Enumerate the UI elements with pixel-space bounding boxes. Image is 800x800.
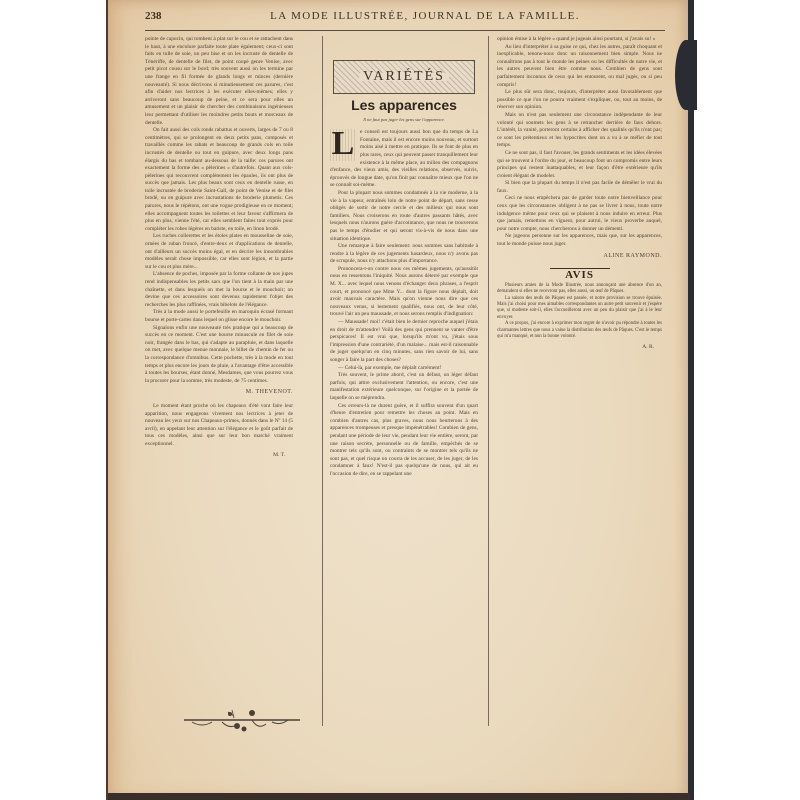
editorial-note: Le moment étant proche où les chapeaux d… <box>145 403 293 449</box>
section-banner: VARIÉTÉS <box>333 60 475 94</box>
paragraph: Ce ne sont pas, il faut l'avouer, les gr… <box>497 150 662 180</box>
author-signature: M. THEVENOT. <box>145 389 293 397</box>
section-banner-label: VARIÉTÉS <box>359 73 449 81</box>
paragraph: Ne jugeons personne sur les apparences, … <box>497 233 662 248</box>
running-head: LA MODE ILLUSTRÉE, JOURNAL DE LA FAMILLE… <box>185 10 665 22</box>
column-divider <box>488 36 489 726</box>
page-number: 238 <box>145 10 185 22</box>
note-signature: M. T. <box>145 452 285 460</box>
paragraph: opinion émise à la légère « quand je jug… <box>497 36 662 44</box>
paragraph: Le plus sûr sera donc, toujours, d'inter… <box>497 89 662 112</box>
avis-notice: Plusieurs amies de la Mode Illustrée, no… <box>497 283 662 351</box>
column-continuation: opinion émise à la légère « quand je jug… <box>497 36 662 351</box>
paragraph: Les ruches collerettes et les étoles pla… <box>145 233 293 271</box>
paragraph: Très souvent, le prime abord, c'est un d… <box>330 372 478 402</box>
paragraph: Plusieurs amies de la Mode Illustrée, no… <box>497 283 662 296</box>
header-rule <box>145 30 665 31</box>
paragraph: — Maussade! moi! c'était bien le dernier… <box>330 319 478 365</box>
paragraph: Au lieu d'interpréter à sa guise ce qui,… <box>497 44 662 90</box>
paragraph: Très à la mode aussi le portefeuille en … <box>145 309 293 324</box>
paragraph: L'absence de poches, imposée par la form… <box>145 271 293 309</box>
paragraph: Une remarque à faire seulement: nous som… <box>330 243 478 266</box>
scan-right-edge <box>688 0 694 800</box>
paragraph: pointe de capucin, qui tombent à plat su… <box>145 36 293 127</box>
paragraph: A ce propos, j'ai encore à exprimer mon … <box>497 321 662 340</box>
epigraph: Il ne faut pas juger les gens sur l'appa… <box>330 116 478 124</box>
paragraph: Ceci ne nous empêchera pas de garder tou… <box>497 195 662 233</box>
page-header: 238 LA MODE ILLUSTRÉE, JOURNAL DE LA FAM… <box>145 8 665 24</box>
paragraph: Si bien que la plupart du temps il n'est… <box>497 180 662 195</box>
column-divider <box>322 36 323 726</box>
page-tear <box>675 40 697 110</box>
avis-title: AVIS <box>497 272 662 280</box>
paragraph: On fait aussi des cols ronds rabattus et… <box>145 127 293 233</box>
dropcap-letter: L <box>330 129 356 161</box>
article-title: Les apparences <box>330 102 478 110</box>
paragraph: Prononcera-t-on contre nous ces mêmes ju… <box>330 266 478 319</box>
floral-ornament-icon <box>182 708 302 738</box>
paragraph: Ces erreurs-là ne durent guère, et il su… <box>330 403 478 479</box>
paragraph: Mais on n'est pas seulement une circonst… <box>497 112 662 150</box>
scan-bottom-edge <box>108 793 690 800</box>
column-varietes: VARIÉTÉS Les apparences Il ne faut pas j… <box>330 36 478 479</box>
paragraph: Pour la plupart nous sommes condamnés à … <box>330 190 478 243</box>
paragraph: Signalons enfin une nouveauté très prati… <box>145 325 293 386</box>
avis-signature: A. R. <box>497 344 654 350</box>
paragraph: La saison des œufs de Pâques est passée,… <box>497 296 662 322</box>
column-fashion: pointe de capucin, qui tombent à plat su… <box>145 36 293 460</box>
author-signature: ALINE RAYMOND. <box>497 253 662 261</box>
